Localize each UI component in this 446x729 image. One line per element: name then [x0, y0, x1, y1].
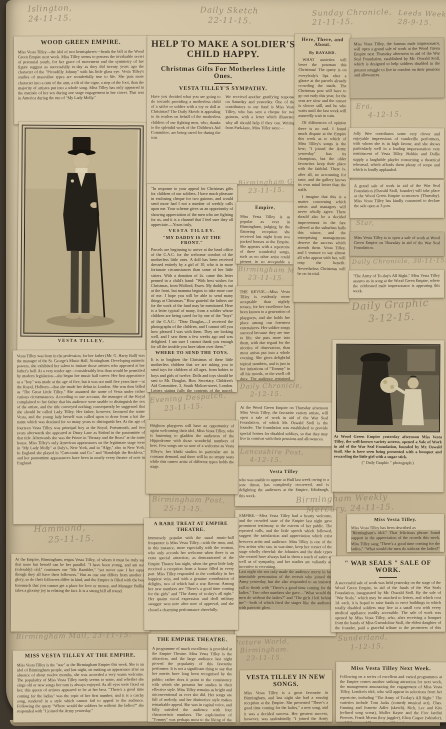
clipping-body-highlighted: "Birmingham's idol." That felicitous phr…: [351, 530, 440, 552]
clipping-headline: MISS VESTA TILLEY AT THE EMPIRE.: [17, 654, 144, 661]
clipping-empire-long-review: EMPIRE.—Miss Vesta Tilley had a hearty w…: [235, 510, 336, 636]
clipping-headline: Vesta Tilley: [239, 470, 329, 476]
clipping-jolly-wee: Jolly Wee contributes some very clever a…: [349, 128, 444, 178]
letter-text: "In response to your appeal for Christma…: [151, 186, 233, 227]
pencil-note: Leeds Weekly, 28-9-15.: [398, 9, 446, 29]
clipping-body: Miss Vesta Tilley is a great favourite i…: [244, 690, 328, 722]
clipping-headline: Miss Vesta Tilley.: [351, 518, 440, 524]
pencil-note: Islington, 24-11-15.: [28, 3, 73, 24]
clipping-biography: Vesta Tilley was born in the profession,…: [13, 350, 150, 524]
clipping-help-soldiers-child-continued: "In response to your appeal for Christma…: [147, 184, 237, 392]
clipping-body: A grand sale of work in aid of the War S…: [354, 183, 440, 209]
clipping-help-soldiers-child: HELP TO MAKE A SOLDIER'S CHILD HAPPY. Ch…: [147, 36, 300, 185]
photo-frame: [336, 344, 440, 433]
pencil-note: Daily Sketch 22-11-15.: [200, 5, 259, 26]
pencil-note-line: 25-11-15.: [48, 534, 95, 546]
clipping-paragraph: Of differences of opinion there is no en…: [298, 120, 346, 192]
pencil-note-line: 2-12-15.: [250, 390, 303, 399]
clipping-body: Miss Vesta Tilley—the idol of two hemisp…: [18, 49, 144, 101]
clipping-body: Brighton playgoers will have an opportun…: [150, 423, 234, 469]
clipping-war-seals-sale-of-work: " WAR SEALS " SALE OF WORK. A successful…: [331, 556, 445, 632]
pencil-note: Era, 4-12-15.: [356, 101, 403, 120]
clipping-here-there-and-about: Here, There, and About. By BAYARD. WHAT …: [293, 34, 350, 302]
clipping-body: Immensely popular with the usual music-h…: [148, 535, 234, 612]
clipping-body: Miss Vesta Tilley is as popular as ever …: [239, 213, 290, 264]
clipping-headline: Empire.: [240, 206, 290, 212]
clipping-headline: THE EMPIRE THEATRE.: [152, 638, 232, 644]
pencil-note: Star,: [356, 219, 375, 227]
clipping-body-highlighted: Last night she not only made the audienc…: [239, 569, 332, 610]
clipping-body: Miss Vesta Tilley is to open a sale of w…: [354, 235, 440, 251]
clipping-new-songs: VESTA TILLEY IN NEW SONGS. Miss Vesta Ti…: [240, 670, 332, 722]
pencil-note-line: 1-12-15.: [350, 642, 388, 652]
clipping-sale-thursday-short: Miss Vesta Tilley is to open a sale of w…: [350, 232, 444, 256]
clipping-subheadline: WHERE TO SEND THE TOYS.: [151, 350, 233, 355]
clipping-body: Parcels are beginning to arrive at the h…: [151, 247, 233, 349]
clipping-headline: " WAR SEALS " SALE OF WORK.: [335, 560, 441, 575]
clipping-next-week: Miss Vesta Tilley Next Week. Following o…: [336, 662, 446, 722]
photo-caption: At Wood Green Empire yesterday afternoon…: [334, 434, 442, 460]
clipping-sale-of-work-photo: At Wood Green Empire yesterday afternoon…: [332, 340, 445, 493]
clipping-subheadline: VESTA TILLEY'S SYMPATHY.: [151, 86, 295, 93]
clipping-headline: WOOD GREEN EMPIRE.: [18, 40, 144, 48]
pencil-note-line: 21-11-15.: [312, 17, 392, 28]
clipping-headline: Here, There, and About.: [299, 38, 347, 49]
clipping-body: "The Army of To-day's All Right," Miss V…: [353, 273, 440, 294]
pencil-note: Sunday Chronicle, 21-11-15.: [312, 7, 393, 27]
clipping-portrait-photo: VESTA TILLEY.: [17, 122, 147, 353]
clipping-byline: By BAYARD.: [299, 51, 347, 56]
clipping-body-col1: Have you decided what you are going to d…: [151, 94, 221, 140]
pencil-note: Daily Chronicle, 2-12-15.: [240, 381, 303, 398]
pencil-note-line: Star,: [356, 219, 375, 227]
clipping-body: A successful sale of work was held yeste…: [335, 579, 441, 632]
clipping-grand-sale-tomorrow: A grand sale of work in aid of the War S…: [350, 180, 444, 218]
portrait-caption: VESTA TILLEY.: [19, 338, 143, 344]
clipping-headline: A RARE TREAT AT EMPIRE THEATRE.: [148, 522, 234, 533]
clipping-brighton: Brighton playgoers will have an opportun…: [146, 420, 238, 494]
clipping-subheadline: "MY DADDY IS AT THE FRONT.": [151, 235, 233, 245]
clipping-subheadline: Christmas Gifts For Motherless Little On…: [151, 66, 295, 81]
clipping-headline: HELP TO MAKE A SOLDIER'S CHILD HAPPY.: [151, 40, 295, 61]
clipping-empire-birmingham: At the Empire, Birmingham, reigns Vesta …: [11, 554, 150, 633]
pencil-note-line: 22-11-15.: [208, 16, 259, 27]
clipping-rare-treat: A RARE TREAT AT EMPIRE THEATRE. Immensel…: [144, 518, 238, 630]
pencil-note-line: 4-12-15.: [250, 456, 304, 465]
clipping-the-revue: THE REVUE.—Miss Vesta Tilley is evidentl…: [236, 286, 294, 380]
clipping-empire-theatre: THE EMPIRE THEATRE. A programme of much …: [148, 634, 236, 722]
clipping-body: Vesta Tilley was born in the profession,…: [17, 353, 145, 466]
letter-signature: VESTA TILLEY.: [151, 228, 233, 233]
pencil-note: Picture World, Birmingham. 23-11-15.: [234, 637, 291, 663]
clipping-army-of-today: "The Army of To-day's All Right," Miss V…: [349, 270, 444, 298]
pencil-note: Sunderland, 1-12-15.: [338, 633, 389, 652]
sale-of-work-photo: [337, 345, 439, 432]
pencil-note-line: 25-11-15.: [164, 504, 225, 514]
clipping-body: It is to brighten the Christmas of these…: [151, 357, 233, 392]
clipping-body: At the Empire, Birmingham, reigns Vesta …: [15, 557, 146, 593]
clipping-headline: VESTA TILLEY IN NEW SONGS.: [244, 674, 328, 689]
clipping-miss-vesta-tilley: Miss Vesta Tilley. Miss Vesta Tilley has…: [347, 514, 444, 552]
pencil-note: Daily Graphic 3-12-15.: [351, 298, 430, 327]
clipping-body: Miss Vesta Tilley is the "star" at the B…: [17, 661, 144, 713]
pencil-note-line: 4-12-15.: [368, 110, 402, 120]
pencil-note: Lancashire Post, 4-12-15.: [240, 447, 304, 464]
clipping-body: Following on a series of excellent and v…: [340, 674, 442, 722]
clipping-grand-sale-notice: Miss Vesta Tilley, the famous male imper…: [350, 38, 445, 99]
pencil-note: Hammond, 25-11-15.: [34, 523, 95, 546]
photo-credit: (" Daily Graphic " photograph.): [334, 459, 442, 465]
pencil-note-line: Birmingham Post,: [152, 495, 225, 505]
clipping-body: A programme of much excellence is provid…: [152, 646, 232, 723]
pencil-note: Birmingham Post, 25-11-15.: [152, 495, 225, 514]
clipping-headline: Miss Vesta Tilley Next Week.: [340, 666, 442, 672]
vesta-tilley-portrait-photo: [24, 129, 137, 334]
clipping-body: THE REVUE.—Miss Vesta Tilley is evidentl…: [240, 289, 291, 380]
clipping-miss-vesta-tilley-at-the-empire: MISS VESTA TILLEY AT THE EMPIRE. Miss Ve…: [13, 650, 148, 723]
clipping-body-col2: We received another gratifying response …: [225, 94, 295, 140]
clipping-body: At the Wood Green Empire on Thursday aft…: [240, 405, 328, 441]
pencil-note-line: 23-11-15.: [246, 654, 290, 663]
scrapbook-photo: Islington, 24-11-15. Daily Sketch 22-11-…: [0, 0, 446, 729]
clipping-wood-green-thursday: At the Wood Green Empire on Thursday aft…: [236, 402, 332, 447]
pencil-note-line: 24-11-15.: [28, 13, 73, 24]
portrait-photo-frame: [23, 128, 140, 335]
clipping-body: Miss Vesta Tilley, the famous male imper…: [354, 41, 440, 78]
clipping-body: EMPIRE.—Miss Vesta Tilley had a hearty w…: [239, 513, 332, 570]
clipping-empire-review: Empire. Miss Vesta Tilley is as popular …: [236, 202, 295, 265]
clipping-paragraph: WHAT anxieties will beset the postman th…: [298, 57, 346, 119]
pencil-note: Birmingham Weekly Mercury, 24-11-15.: [296, 492, 395, 515]
clipping-paragraph: I imagine that this is a matter concerni…: [297, 194, 345, 276]
clipping-body: Jolly Wee contributes some very clever a…: [353, 131, 440, 172]
clipping-wood-green-empire: WOOD GREEN EMPIRE. Miss Vesta Tilley—the…: [14, 36, 148, 125]
